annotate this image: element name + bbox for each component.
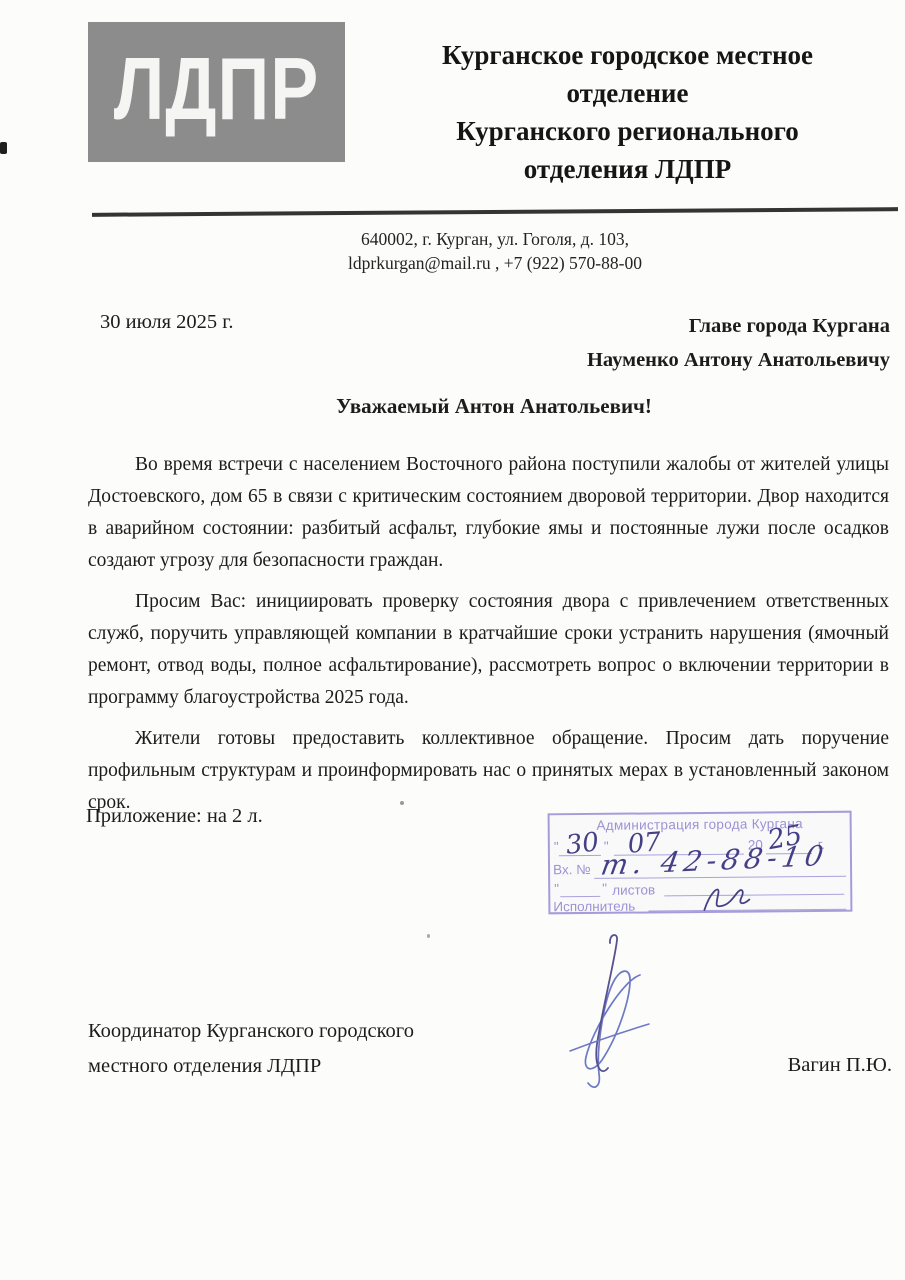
paragraph-1: Во время встречи с населением Восточного… bbox=[88, 449, 889, 577]
org-title: Курганское городское местное отделение К… bbox=[385, 36, 870, 188]
registration-stamp: Администрация города Кургана " " 20 г. 3… bbox=[548, 811, 853, 915]
stamp-quote-open: " bbox=[554, 839, 559, 854]
paragraph-2: Просим Вас: инициировать проверку состоя… bbox=[88, 586, 889, 714]
scanned-letter-page: ЛДПР Курганское городское местное отделе… bbox=[0, 0, 905, 1280]
address-line-2: ldprkurgan@mail.ru , +7 (922) 570-88-00 bbox=[195, 251, 795, 275]
attachment-note: Приложение: на 2 л. bbox=[86, 805, 263, 828]
org-title-line-3: Курганского регионального bbox=[385, 112, 870, 150]
org-title-line-2: отделение bbox=[385, 74, 870, 112]
salutation: Уважаемый Антон Анатольевич! bbox=[94, 394, 894, 419]
recipient-line-1: Главе города Кургана bbox=[587, 309, 890, 343]
scan-speck bbox=[427, 934, 430, 938]
divider-rule bbox=[92, 207, 898, 216]
stamp-day-value: 30 bbox=[564, 829, 600, 859]
org-title-line-1: Курганское городское местное bbox=[385, 36, 870, 74]
ldpr-logo-text: ЛДПР bbox=[114, 46, 320, 134]
recipient-block: Главе города Кургана Науменко Антону Ана… bbox=[587, 309, 890, 377]
org-title-line-4: отделения ЛДПР bbox=[385, 150, 870, 188]
stamp-sheets-quote-open: " bbox=[554, 881, 559, 896]
scan-speck bbox=[400, 801, 404, 805]
signer-name: Вагин П.Ю. bbox=[788, 1054, 892, 1077]
stamp-reg-number: т. 42-88-10 bbox=[599, 842, 830, 880]
stamp-sheets-underline-1 bbox=[560, 896, 600, 897]
ldpr-logo: ЛДПР bbox=[88, 22, 345, 162]
stamp-executor-label: Исполнитель bbox=[553, 899, 635, 915]
stamp-sheets-quote-close: " bbox=[602, 881, 607, 896]
letter-date: 30 июля 2025 г. bbox=[100, 311, 234, 334]
scan-artifact-dash bbox=[0, 142, 7, 154]
stamp-reg-label: Вх. № bbox=[553, 862, 591, 877]
stamp-sheets-label: листов bbox=[612, 882, 655, 897]
stamp-sheets-underline-2 bbox=[664, 894, 844, 897]
signer-position-line-1: Координатор Курганского городского bbox=[88, 1014, 414, 1049]
signer-position: Координатор Курганского городского местн… bbox=[88, 1014, 414, 1084]
signature-stroke bbox=[552, 927, 662, 1092]
address-line-1: 640002, г. Курган, ул. Гоголя, д. 103, bbox=[195, 227, 795, 251]
letter-body: Во время встречи с населением Восточного… bbox=[88, 449, 889, 828]
signer-position-line-2: местного отделения ЛДПР bbox=[88, 1049, 414, 1084]
recipient-line-2: Науменко Антону Анатольевичу bbox=[587, 343, 890, 377]
org-address: 640002, г. Курган, ул. Гоголя, д. 103, l… bbox=[195, 227, 795, 275]
executor-initials-scribble bbox=[698, 882, 752, 916]
